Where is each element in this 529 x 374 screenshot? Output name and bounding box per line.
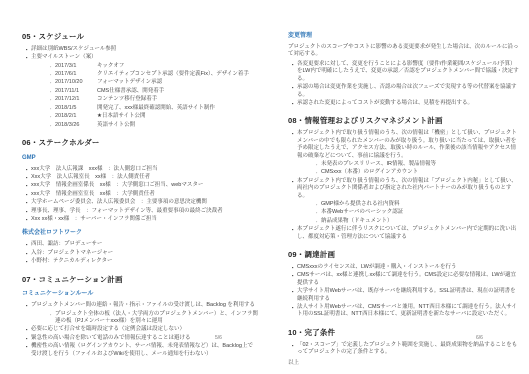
bullet-list: ▪本プロジェクト内で取り扱う情報のうち、次の情報は「機密」として扱い、プロジェク… [288,130,520,241]
bullet-item: ▪西田、諏訪：プロデューサー [22,241,258,248]
bullet-marker-icon: ▪ [22,208,31,215]
bullet-item: ▪Xxx大学 法人広報室長 xx様 ：法人側責任者 [22,174,258,181]
sub-bullet-marker-icon: ◦ [46,105,55,112]
bullet-list: ▪プロジェクトメンバー間の連絡・報告・指示・ファイルの受け渡しは、Backlog… [22,302,258,358]
sub-bullet-marker-icon: ◦ [46,63,55,70]
bullet-item: ▪プロジェクトメンバー間の連絡・報告・指示・ファイルの受け渡しは、Backlog… [22,302,258,309]
milestone-date: 2018/3/26 [55,122,97,129]
bullet-text: 各変更要求に対して、変更を行うことによる影響度（要件/作業範囲/スケジュール/予… [297,61,520,83]
sub-bullet-marker-icon: ◦ [46,88,55,95]
bullet-marker-icon: ▪ [22,191,31,198]
milestone-date: 2017/6/1 [55,71,97,78]
subsection-heading: GMP [22,155,258,163]
milestone-label: フォーマットデザイン承認 [97,79,258,86]
bullet-marker-icon: ▪ [288,84,297,91]
bullet-item: ▪詳細は別紙WBS/スケジュール参照 [22,46,258,53]
bullet-text: プロジェクトメンバー間の連絡・報告・指示・ファイルの受け渡しは、Backlog … [31,302,258,309]
bullet-marker-icon: ▪ [22,166,31,173]
section-heading: 09・調達計画 [288,250,520,260]
bullet-text: GMP様から提供される社内資料 [321,201,520,208]
bullet-list: ▪各変更要求に対して、変更を行うことによる影響度（要件/作業範囲/スケジュール/… [288,61,520,108]
bullet-list: ▪西田、諏訪：プロデューサー▪入谷：プロジェクトマネージャー▪小野村：テクニカル… [22,241,258,265]
milestone-date: 2017/3/1 [55,63,97,70]
bullet-item: ▪CMSサーバは、xx様と連携しxx様にて調達を行う。CMS設定に必要な情報は、… [288,272,520,287]
bullet-marker-icon: ▪ [22,335,31,342]
milestone-label: キックオフ [97,63,258,70]
bullet-text: 承認された変更によってコストが変動する場合は、見積を再提出する。 [297,100,520,107]
bullet-marker-icon: ▪ [288,61,297,68]
sub-bullet-marker-icon: ◦ [312,209,321,216]
bullet-text: Xxx大学 法人広報室長 xx様 ：法人側責任者 [31,174,258,181]
bullet-marker-icon: ▪ [22,258,31,265]
milestone-label: 開発完了、xxx様最終確認開始、英語サイト制作 [97,105,258,112]
bullet-text: 西田、諏訪：プロデューサー [31,241,258,248]
bullet-item: ▪緊急性の高い場合を除いて電話のみで情報伝達することは避ける [22,335,258,342]
milestone-row: ◦2018/3/26英語サイト公開 [46,122,258,129]
bullet-text: 主要マイルストーン（案） [31,54,258,61]
bullet-text: 未発表のプレスリリース、IR情報、製品情報等 [321,161,520,168]
bullet-text: 理事長、理事、学長 ：フォーマットデザイン等、最重要事項の最終ご決裁者 [31,208,258,215]
bullet-item: ▪承認された変更によってコストが変動する場合は、見積を再提出する。 [288,100,520,107]
sub-bullet-list: ◦GMP様から提供される社内資料◦本番Webサーバのベーシック認証◦納品成果物（… [312,201,520,225]
sub-bullet-marker-icon: ◦ [46,113,55,120]
bullet-item: ▪理事長、理事、学長 ：フォーマットデザイン等、最重要事項の最終ご決裁者 [22,208,258,215]
bullet-text: 詳細は別紙WBS/スケジュール参照 [31,46,258,53]
bullet-text: 大学サイト用Webサーバは、既存サーバを継続利用する。SSL証明書は、現在の証明… [297,288,520,303]
page-number: 6/6 [476,335,483,341]
bullet-item: ▪「02・スコープ」で定義したプロジェクト範囲を実施し、最終成果物を納品すること… [288,342,520,357]
bullet-text: プロジェクト全体の板（法人・大学両方のプロジェクトメンバー）と、インフラ関連の板… [55,311,258,326]
milestone-date: 2017/11/1 [55,88,97,95]
sub-bullet-item: ◦未発表のプレスリリース、IR情報、製品情報等 [312,161,520,168]
page-left-content: 05・スケジュール▪詳細は別紙WBS/スケジュール参照▪主要マイルストーン（案）… [22,32,258,360]
bullet-marker-icon: ▪ [22,216,31,223]
bullet-text: xxx大学 法人広報課 xxx様 ：法人側窓口ご担当 [31,166,258,173]
bullet-text: Xxx xx様・xx様 ：サーバー・インフラ関係ご担当 [31,216,258,223]
bullet-marker-icon: ▪ [22,199,31,206]
bullet-text: 本プロジェクト内で取り扱う情報のうち、次の情報は「機密」として扱い、プロジェクト… [297,130,520,160]
sub-bullet-item: ◦本番Webサーバのベーシック認証 [312,209,520,216]
milestone-date: 2017/10/20 [55,79,97,86]
bullet-text: 機密性の高い情報（ログインアカウント、サーバ情報、未発表情報など）は、Backl… [31,343,258,358]
milestone-date: 2018/1/5 [55,105,97,112]
bullet-item: ▪入谷：プロジェクトマネージャー [22,250,258,257]
bullet-item: ▪小野村：テクニカルディレクター [22,258,258,265]
bullet-text: 大学ホームページ委員会、法人広報委員会 ：主要事項の意思決定機関 [31,199,258,206]
bullet-marker-icon: ▪ [288,342,297,349]
bullet-text: 納品成果物（ドキュメント） [321,218,520,225]
section-heading: 07・コミュニケーション計画 [22,275,258,285]
section-heading: 05・スケジュール [22,32,258,42]
bullet-marker-icon: ▪ [22,302,31,309]
bullet-marker-icon: ▪ [22,326,31,333]
sub-bullet-marker-icon: ◦ [46,122,55,129]
bullet-list: ▪CMSxxxのライセンスは、LWが調達・購入・インストールを行う▪CMSサーバ… [288,264,520,319]
bullet-item: ▪法人サイト用Webサーバは、CMSサーバと兼用。NTT西日本様にて調達を行う。… [288,304,520,319]
subsection-heading: コミュニケーションルール [22,291,258,299]
bullet-marker-icon: ▪ [22,46,31,53]
sub-bullet-list: ◦プロジェクト全体の板（法人・大学両方のプロジェクトメンバー）と、インフラ関連の… [46,311,258,326]
bullet-item: ▪機密性の高い情報（ログインアカウント、サーバ情報、未発表情報など）は、Back… [22,343,258,358]
sub-bullet-marker-icon: ◦ [46,71,55,78]
milestone-row: ◦2018/1/5開発完了、xxx様最終確認開始、英語サイト制作 [46,105,258,112]
subsection-heading: 株式会社ロフトワーク [22,230,258,238]
bullet-list: ▪xxx大学 法人広報課 xxx様 ：法人側窓口ご担当▪Xxx大学 法人広報室長… [22,166,258,224]
bullet-text: xxx大学 情報企画室係長 xx様 ：大学側窓口ご担当、webマスター [31,182,258,189]
milestone-label: ★日本語サイト公開 [97,113,258,120]
sub-bullet-item: ◦プロジェクト全体の板（法人・大学両方のプロジェクトメンバー）と、インフラ関連の… [46,311,258,326]
bullet-marker-icon: ▪ [288,226,297,233]
bullet-text: 「02・スコープ」で定義したプロジェクト範囲を実施し、最終成果物を納品することを… [297,342,520,357]
milestone-label: 英語サイト公開 [97,122,258,129]
bullet-marker-icon: ▪ [22,250,31,257]
milestone-row: ◦2017/12/1コンテンツ移行登録着手 [46,96,258,103]
section-heading: 06・ステークホルダー [22,138,258,148]
bullet-marker-icon: ▪ [22,343,31,350]
bullet-item: ▪xxx大学 法人広報課 xxx様 ：法人側窓口ご担当 [22,166,258,173]
sub-bullet-item: ◦GMP様から提供される社内資料 [312,201,520,208]
bullet-item: ▪xxx大学 情報企画室室長 xx様 ：大学側責任者 [22,191,258,198]
milestone-label: クリエイティブコンセプト承認（要件定義Fix）、デザイン着手 [97,71,258,78]
bullet-text: 必要に応じて打合せを臨時設定する（定例会議は設定しない） [31,326,258,333]
bullet-marker-icon: ▪ [288,272,297,279]
bullet-text: 法人サイト用Webサーバは、CMSサーバと兼用。NTT西日本様にて調達を行う。法… [297,304,520,319]
sub-bullet-list: ◦未発表のプレスリリース、IR情報、製品情報等◦CMSxxx（本番）のログインア… [312,161,520,177]
bullet-text: 本番Webサーバのベーシック認証 [321,209,520,216]
sub-bullet-marker-icon: ◦ [312,169,321,176]
bullet-item: ▪主要マイルストーン（案） [22,54,258,61]
bullet-text: CMSxxxのライセンスは、LWが調達・購入・インストールを行う [297,264,520,271]
milestone-row: ◦2017/3/1キックオフ [46,63,258,70]
bullet-text: 本プロジェクト遂行に伴うリスクについては、プロジェクトメンバー内で定期的に洗い出… [297,226,520,241]
bullet-item: ▪xxx大学 情報企画室係長 xx様 ：大学側窓口ご担当、webマスター [22,182,258,189]
sub-bullet-item: ◦CMSxxx（本番）のログインアカウント [312,169,520,176]
sub-bullet-marker-icon: ◦ [312,161,321,168]
sub-bullet-marker-icon: ◦ [312,201,321,208]
subsection-heading: 変更管理 [288,33,520,41]
bullet-item: ▪大学ホームページ委員会、法人広報委員会 ：主要事項の意思決定機関 [22,199,258,206]
bullet-text: CMSサーバは、xx様と連携しxx様にて調達を行う。CMS設定に必要な情報は、L… [297,272,520,287]
bullet-item: ▪必要に応じて打合せを臨時設定する（定例会議は設定しない） [22,326,258,333]
bullet-item: ▪Xxx xx様・xx様 ：サーバー・インフラ関係ご担当 [22,216,258,223]
bullet-list: ▪詳細は別紙WBS/スケジュール参照▪主要マイルストーン（案）◦2017/3/1… [22,46,258,129]
bullet-marker-icon: ▪ [288,100,297,107]
bullet-item: ▪承認の場合は変更作業を実施し、否認の場合は次フェーズで実現する等の代替案を協議… [288,84,520,99]
bullet-text: 小野村：テクニカルディレクター [31,258,258,265]
document-page-left: 05・スケジュール▪詳細は別紙WBS/スケジュール参照▪主要マイルストーン（案）… [0,0,264,374]
bullet-marker-icon: ▪ [22,241,31,248]
bullet-text: 入谷：プロジェクトマネージャー [31,250,258,257]
bullet-item: ▪本プロジェクト内で取り扱う情報のうち、次の情報は「機密」として扱い、プロジェク… [288,130,520,160]
milestone-label: コンテンツ移行登録着手 [97,96,258,103]
bullet-text: 本プロジェクト内で取り扱う情報のうち、次の情報は「プロジェクト内秘」として扱い、… [297,178,520,200]
milestone-label: CMS仕様書承認、開発着手 [97,88,258,95]
milestone-date: 2018/2/1 [55,113,97,120]
bullet-marker-icon: ▪ [288,304,297,311]
document-page-right: 変更管理プロジェクトのスコープやコストに影響のある変更要求が発生した場合は、次の… [264,0,529,374]
bullet-text: 緊急性の高い場合を除いて電話のみで情報伝達することは避ける [31,335,258,342]
bullet-marker-icon: ▪ [288,130,297,137]
sub-bullet-marker-icon: ◦ [46,311,55,318]
milestone-row: ◦2017/10/20フォーマットデザイン承認 [46,79,258,86]
milestone-list: ◦2017/3/1キックオフ◦2017/6/1クリエイティブコンセプト承認（要件… [46,63,258,129]
bullet-marker-icon: ▪ [22,54,31,61]
bullet-marker-icon: ▪ [288,288,297,295]
bullet-text: xxx大学 情報企画室室長 xx様 ：大学側責任者 [31,191,258,198]
bullet-item: ▪本プロジェクト内で取り扱う情報のうち、次の情報は「プロジェクト内秘」として扱い… [288,178,520,200]
bullet-item: ▪CMSxxxのライセンスは、LWが調達・購入・インストールを行う [288,264,520,271]
section-heading: 10・完了条件 [288,328,520,338]
bullet-list: ▪「02・スコープ」で定義したプロジェクト範囲を実施し、最終成果物を納品すること… [288,342,520,357]
bullet-item: ▪各変更要求に対して、変更を行うことによる影響度（要件/作業範囲/スケジュール/… [288,61,520,83]
milestone-row: ◦2017/6/1クリエイティブコンセプト承認（要件定義Fix）、デザイン着手 [46,71,258,78]
bullet-marker-icon: ▪ [288,178,297,185]
sub-bullet-marker-icon: ◦ [46,79,55,86]
bullet-text: CMSxxx（本番）のログインアカウント [321,169,520,176]
page-right-content: 変更管理プロジェクトのスコープやコストに影響のある変更要求が発生した場合は、次の… [288,26,520,368]
bullet-item: ▪大学サイト用Webサーバは、既存サーバを継続利用する。SSL証明書は、現在の証… [288,288,520,303]
sub-bullet-item: ◦納品成果物（ドキュメント） [312,218,520,225]
milestone-date: 2017/12/1 [55,96,97,103]
paragraph: プロジェクトのスコープやコストに影響のある変更要求が発生した場合は、次のルールに… [288,44,520,59]
milestone-row: ◦2017/11/1CMS仕様書承認、開発着手 [46,88,258,95]
sub-bullet-marker-icon: ◦ [312,218,321,225]
bullet-item: ▪本プロジェクト遂行に伴うリスクについては、プロジェクトメンバー内で定期的に洗い… [288,226,520,241]
closing-text: 以上 [288,360,520,368]
bullet-marker-icon: ▪ [22,174,31,181]
bullet-marker-icon: ▪ [22,182,31,189]
bullet-text: 承認の場合は変更作業を実施し、否認の場合は次フェーズで実現する等の代替案を協議す… [297,84,520,99]
sub-bullet-marker-icon: ◦ [46,96,55,103]
section-heading: 08・情報管理およびリスクマネジメント計画 [288,116,520,126]
bullet-marker-icon: ▪ [288,264,297,271]
page-number: 5/6 [215,335,222,341]
milestone-row: ◦2018/2/1★日本語サイト公開 [46,113,258,120]
